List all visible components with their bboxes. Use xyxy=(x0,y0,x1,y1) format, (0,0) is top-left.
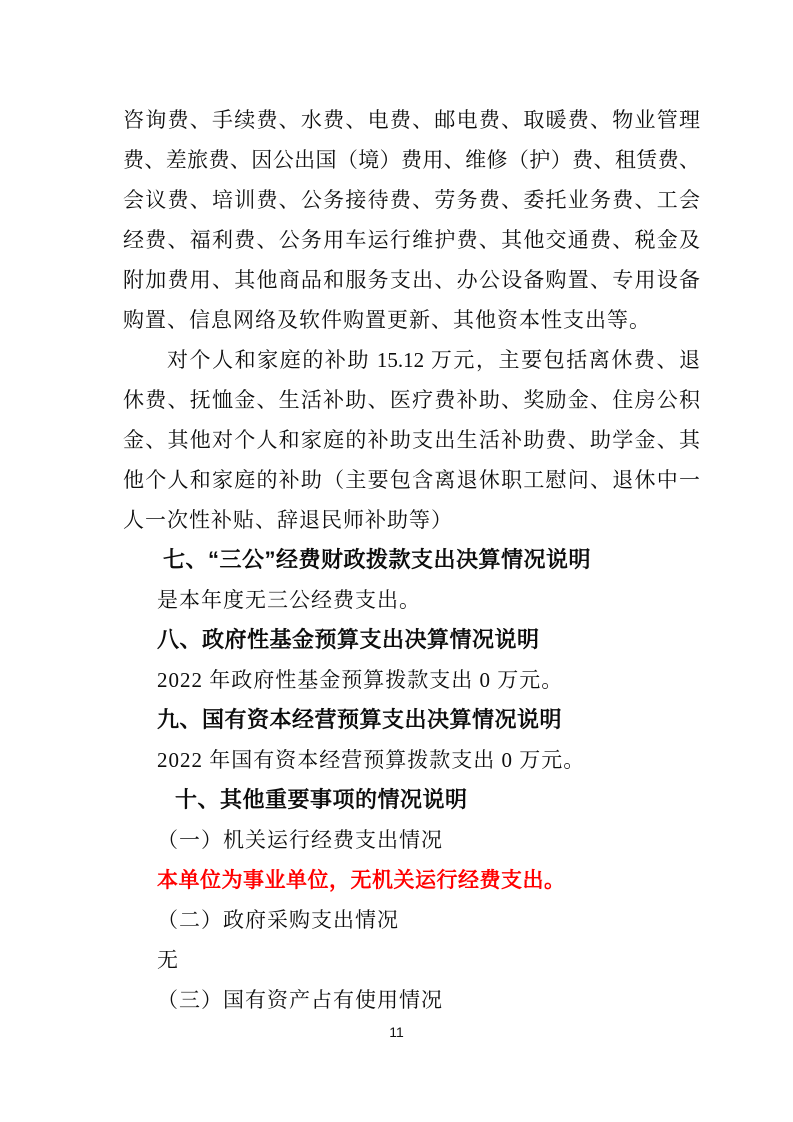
page-footer: 11 xyxy=(0,1024,793,1042)
document-text-line: 经费、福利费、公务用车运行维护费、其他交通费、税金及 xyxy=(123,220,700,260)
document-text-line: 购置、信息网络及软件购置更新、其他资本性支出等。 xyxy=(123,300,700,340)
document-text-line: 对个人和家庭的补助 15.12 万元，主要包括离休费、退 xyxy=(123,340,700,380)
document-text-line: （一）机关运行经费支出情况 xyxy=(123,820,700,860)
document-text-line: （二）政府采购支出情况 xyxy=(123,900,700,940)
document-text-line: 休费、抚恤金、生活补助、医疗费补助、奖励金、住房公积 xyxy=(123,380,700,420)
document-text-line: 2022 年国有资本经营预算拨款支出 0 万元。 xyxy=(123,740,700,780)
section-heading: 九、国有资本经营预算支出决算情况说明 xyxy=(123,700,700,740)
section-heading: 八、政府性基金预算支出决算情况说明 xyxy=(123,620,700,660)
document-text-line: 是本年度无三公经费支出。 xyxy=(123,580,700,620)
section-heading: 七、“三公”经费财政拨款支出决算情况说明 xyxy=(123,540,700,580)
document-text-line: 咨询费、手续费、水费、电费、邮电费、取暖费、物业管理 xyxy=(123,100,700,140)
page-number: 11 xyxy=(389,1024,404,1040)
document-text-line: 会议费、培训费、公务接待费、劳务费、委托业务费、工会 xyxy=(123,180,700,220)
document-text-line: （三）国有资产占有使用情况 xyxy=(123,980,700,1020)
document-text-line: 2022 年政府性基金预算拨款支出 0 万元。 xyxy=(123,660,700,700)
document-page: 咨询费、手续费、水费、电费、邮电费、取暖费、物业管理费、差旅费、因公出国（境）费… xyxy=(0,0,793,1122)
document-text-line: 附加费用、其他商品和服务支出、办公设备购置、专用设备 xyxy=(123,260,700,300)
document-text-line: 无 xyxy=(123,940,700,980)
document-text-line: 人一次性补贴、辞退民师补助等） xyxy=(123,500,700,540)
document-text-line: 金、其他对个人和家庭的补助支出生活补助费、助学金、其 xyxy=(123,420,700,460)
document-body: 咨询费、手续费、水费、电费、邮电费、取暖费、物业管理费、差旅费、因公出国（境）费… xyxy=(123,100,700,1020)
section-heading: 十、其他重要事项的情况说明 xyxy=(123,780,700,820)
document-text-line: 他个人和家庭的补助（主要包含离退休职工慰问、退休中一 xyxy=(123,460,700,500)
document-text-line: 费、差旅费、因公出国（境）费用、维修（护）费、租赁费、 xyxy=(123,140,700,180)
emphasis-red-line: 本单位为事业单位，无机关运行经费支出。 xyxy=(123,860,700,900)
